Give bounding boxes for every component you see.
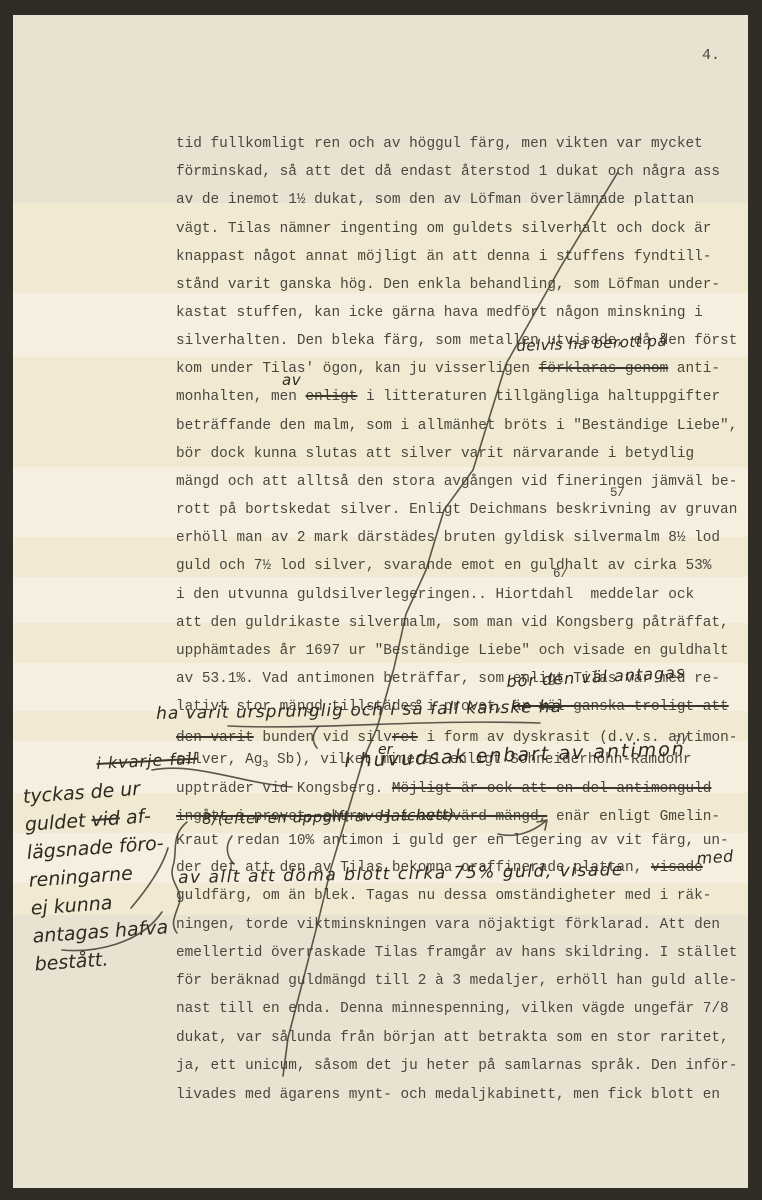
typed-text: anti- (668, 361, 720, 377)
typed-text: för beräknad guldmängd till 2 à 3 medalj… (176, 973, 737, 989)
typed-line: erhöll man av 2 mark därstädes bruten gy… (176, 529, 720, 547)
typed-line: uppträder vid Kongsberg. Möjligt är ock … (176, 780, 711, 798)
typed-text: livades med ägarens mynt- och medaljkabi… (176, 1087, 720, 1103)
typed-line: kastat stuffen, kan icke gärna hava medf… (176, 304, 703, 322)
typed-text-struck: ret (392, 730, 418, 746)
typed-line: kom under Tilas' ögon, kan ju visserlige… (176, 360, 720, 378)
typed-text: i litteraturen tillgängliga haltuppgifte… (357, 389, 720, 405)
page-number: 4. (702, 47, 720, 64)
typed-text: dukat, var sålunda från början att betra… (176, 1030, 729, 1046)
typed-text: ja, ett unicum, såsom det ju heter på sa… (176, 1058, 737, 1074)
typed-text: upphämtades år 1697 ur "Beständige Liebe… (176, 643, 729, 659)
margin-note: tyckas de urguldet vid af-lägsnade föro-… (22, 773, 172, 978)
typed-text: av de inemot 1½ dukat, som den av Löfman… (176, 192, 694, 208)
typed-text: mängd och att alltså den stora avgången … (176, 474, 737, 490)
typed-text: i den utvunna guldsilverlegeringen.. Hio… (176, 587, 694, 603)
typed-text: knappast något annat möjligt än att denn… (176, 249, 711, 265)
typed-text: ningen, torde viktminskningen vara nöjak… (176, 917, 720, 933)
typed-line: av de inemot 1½ dukat, som den av Löfman… (176, 191, 694, 209)
typed-line: Kraut redan 10% antimon i guld ger en le… (176, 832, 729, 850)
typed-line: dukat, var sålunda från början att betra… (176, 1029, 729, 1047)
footnote-superscript: 6/ (553, 567, 568, 581)
typed-text: emellertid överraskade Tilas framgår av … (176, 945, 737, 961)
typed-line: mängd och att alltså den stora avgången … (176, 473, 737, 491)
typed-text-struck: visade (651, 860, 703, 876)
typed-text: bunden vid silv (254, 730, 392, 746)
handwritten-text-struck: ha (539, 697, 563, 717)
handwritten-annotation: med (696, 846, 734, 868)
typed-line: beträffande den malm, som i allmänhet br… (176, 417, 737, 435)
typed-line: ja, ett unicum, såsom det ju heter på sa… (176, 1057, 737, 1075)
typed-text: vägt. Tilas nämner ingenting om guldets … (176, 221, 711, 237)
typed-text: förminskad, så att det då endast återsto… (176, 164, 720, 180)
typed-line: nast till en enda. Denna minnespenning, … (176, 1000, 729, 1018)
typed-text: erhöll man av 2 mark därstädes bruten gy… (176, 530, 720, 546)
typed-text: guldfärg, om än blek. Tagas nu dessa oms… (176, 888, 711, 904)
typed-line: ningen, torde viktminskningen vara nöjak… (176, 916, 720, 934)
typed-text-struck: enligt (306, 389, 358, 405)
typed-line: livades med ägarens mynt- och medaljkabi… (176, 1086, 720, 1104)
typed-line: rott på bortskedat silver. Enligt Deichm… (176, 501, 737, 519)
typed-line: guldfärg, om än blek. Tagas nu dessa oms… (176, 887, 711, 905)
footnote-superscript: 5/ (610, 486, 625, 500)
typed-text-struck: den varit (176, 730, 254, 746)
typed-line: stånd varit ganska hög. Den enkla behand… (176, 276, 720, 294)
typed-text: Kraut redan 10% antimon i guld ger en le… (176, 833, 729, 849)
typed-text: nast till en enda. Denna minnespenning, … (176, 1001, 729, 1017)
typed-line: monhalten, men enligt i litteraturen til… (176, 388, 720, 406)
typed-line: guld och 7½ lod silver, svarande emot en… (176, 557, 711, 575)
typed-text: kastat stuffen, kan icke gärna hava medf… (176, 305, 703, 321)
typed-line: bör dock kunna slutas att silver varit n… (176, 445, 694, 463)
typed-text: kom under Tilas' ögon, kan ju visserlige… (176, 361, 539, 377)
scanned-document-page: 4. tid fullkomligt ren och av höggul fär… (0, 0, 762, 1200)
typed-line: emellertid överraskade Tilas framgår av … (176, 944, 737, 962)
typed-text-struck: Möjligt är ock att en del antimonguld (392, 781, 712, 797)
typed-line: knappast något annat möjligt än att denn… (176, 248, 711, 266)
typed-text: beträffande den malm, som i allmänhet br… (176, 418, 737, 434)
handwritten-text: med (696, 846, 734, 868)
typed-line: vägt. Tilas nämner ingenting om guldets … (176, 220, 711, 238)
typed-line: tid fullkomligt ren och av höggul färg, … (176, 135, 703, 153)
margin-note-text: guldet (24, 809, 92, 836)
typed-text: bör dock kunna slutas att silver varit n… (176, 446, 694, 462)
margin-note-text: bestått. (34, 948, 109, 975)
typed-text: rott på bortskedat silver. Enligt Deichm… (176, 502, 737, 518)
margin-note-text: reningarne (28, 863, 133, 892)
typed-text: stånd varit ganska hög. Den enkla behand… (176, 277, 720, 293)
typed-text: tid fullkomligt ren och av höggul färg, … (176, 136, 703, 152)
typed-text: guld och 7½ lod silver, svarande emot en… (176, 558, 711, 574)
typed-text: monhalten, men (176, 389, 306, 405)
typed-text-struck: förklaras genom (539, 361, 669, 377)
typed-text: enär enligt Gmelin- (547, 809, 720, 825)
handwritten-annotation: av (282, 371, 301, 389)
handwritten-text: av (282, 371, 301, 389)
typed-line: upphämtades år 1697 ur "Beständige Liebe… (176, 642, 729, 660)
margin-note-text: ej kunna (30, 892, 113, 920)
typed-text: att den guldrikaste silvermalm, som man … (176, 615, 729, 631)
typed-line: för beräknad guldmängd till 2 à 3 medalj… (176, 972, 737, 990)
margin-note-text-struck: vid (91, 807, 121, 831)
typed-line: att den guldrikaste silvermalm, som man … (176, 614, 729, 632)
margin-note-text: af- (119, 805, 151, 829)
typed-line: förminskad, så att det då endast återsto… (176, 163, 720, 181)
typed-text: uppträder vid Kongsberg. (176, 781, 392, 797)
typed-line: i den utvunna guldsilverlegeringen.. Hio… (176, 586, 694, 604)
